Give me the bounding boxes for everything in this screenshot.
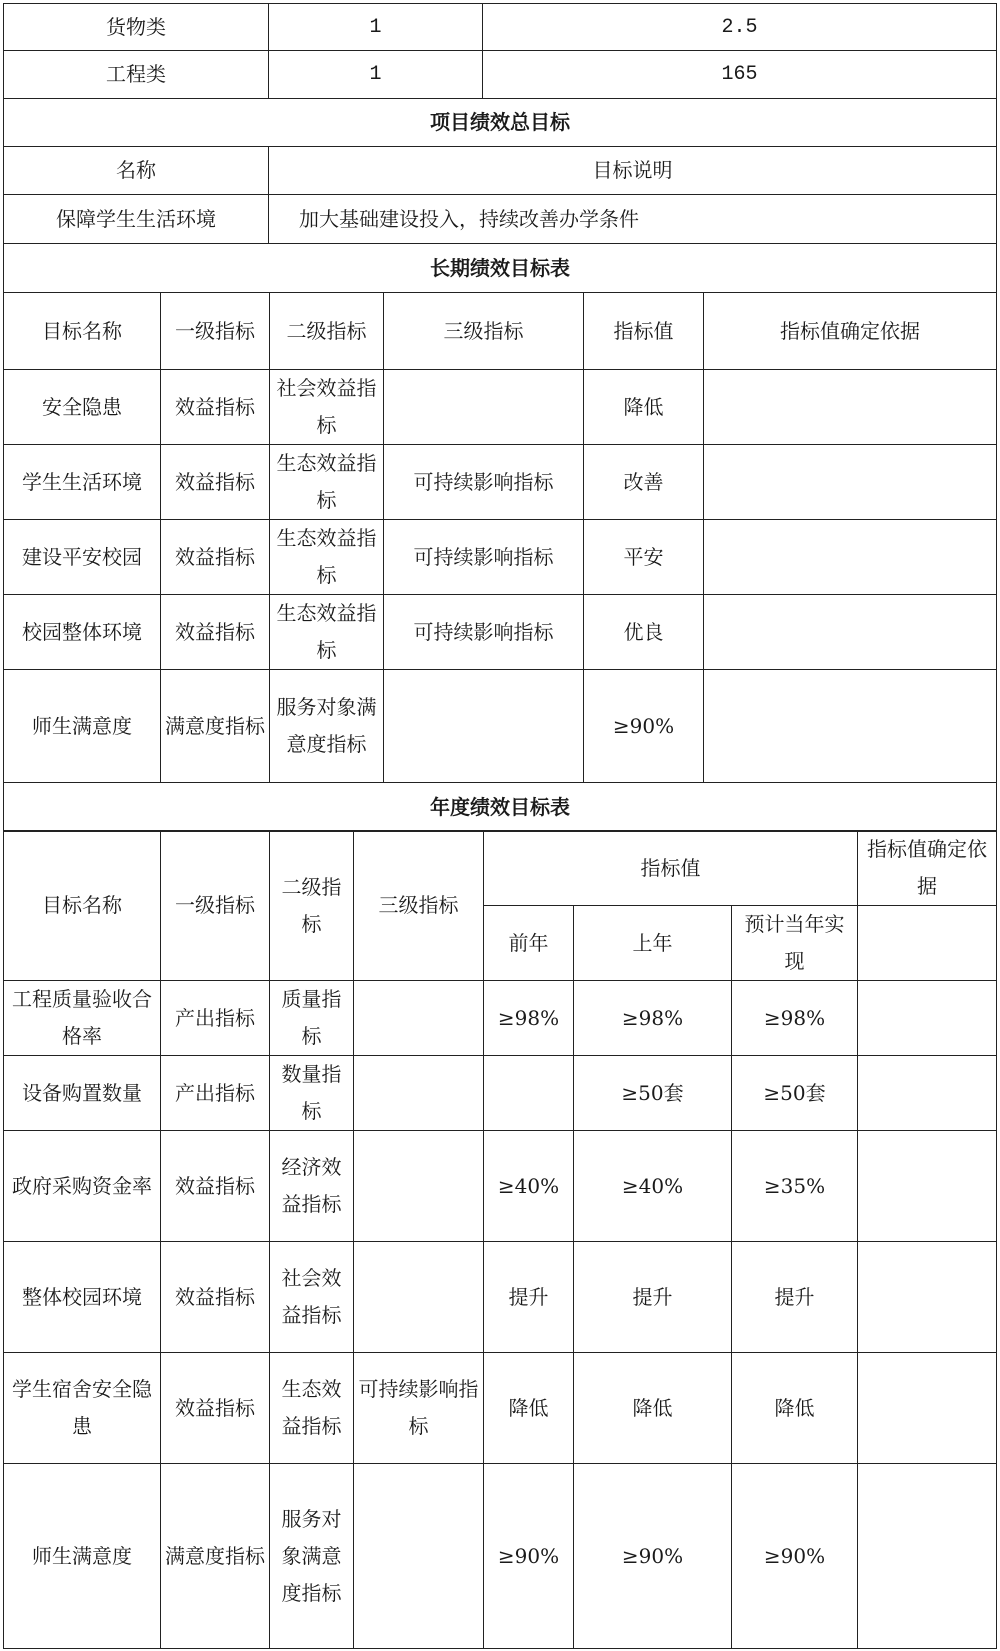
level2-cell: 质量指标 xyxy=(270,981,354,1056)
level3-cell xyxy=(354,981,484,1056)
table-row: 设备购置数量 产出指标 数量指标 ≥50套 ≥50套 xyxy=(4,1056,997,1131)
level3-cell: 可持续影响指标 xyxy=(354,1353,484,1464)
level3-cell: 可持续影响指标 xyxy=(384,445,584,520)
level1-cell: 效益指标 xyxy=(161,595,270,670)
value-cell: 改善 xyxy=(584,445,704,520)
header-goal-name: 目标名称 xyxy=(4,293,161,370)
goal-name-cell: 校园整体环境 xyxy=(4,595,161,670)
basis-cell xyxy=(858,1464,997,1649)
basis-cell xyxy=(858,1056,997,1131)
table-row: 安全隐患 效益指标 社会效益指标 降低 xyxy=(4,370,997,445)
level2-cell: 生态效益指标 xyxy=(270,1353,354,1464)
level3-cell xyxy=(384,670,584,783)
level2-cell: 数量指标 xyxy=(270,1056,354,1131)
prev1-cell: ≥40% xyxy=(574,1131,732,1242)
basis-cell xyxy=(858,1131,997,1242)
procurement-table: 货物类 1 2.5 工程类 1 165 项目绩效总目标 名称 目标说明 保障学生… xyxy=(3,3,997,293)
level1-cell: 效益指标 xyxy=(161,1131,270,1242)
level2-cell: 生态效益指标 xyxy=(270,520,384,595)
prev2-cell: ≥40% xyxy=(484,1131,574,1242)
prev2-cell xyxy=(484,1056,574,1131)
table-row: 保障学生生活环境 加大基础建设投入，持续改善办学条件 xyxy=(4,195,997,244)
current-cell: ≥98% xyxy=(732,981,858,1056)
header-basis: 指标值确定依据 xyxy=(858,831,997,906)
prev2-cell: ≥98% xyxy=(484,981,574,1056)
level1-cell: 效益指标 xyxy=(161,445,270,520)
count-cell: 1 xyxy=(269,51,483,99)
amount-cell: 2.5 xyxy=(483,4,997,51)
level2-cell: 社会效益指标 xyxy=(270,1242,354,1353)
header-current: 预计当年实现 xyxy=(732,906,858,981)
level2-cell: 社会效益指标 xyxy=(270,370,384,445)
level1-cell: 产出指标 xyxy=(161,1056,270,1131)
header-value: 指标值 xyxy=(484,831,858,906)
goal-name-cell: 师生满意度 xyxy=(4,670,161,783)
level2-cell: 生态效益指标 xyxy=(270,445,384,520)
header-row: 目标名称 一级指标 二级指标 三级指标 指标值 指标值确定依据 xyxy=(4,293,997,370)
current-cell: 降低 xyxy=(732,1353,858,1464)
table-row: 学生宿舍安全隐患 效益指标 生态效益指标 可持续影响指标 降低 降低 降低 xyxy=(4,1353,997,1464)
level2-cell: 生态效益指标 xyxy=(270,595,384,670)
prev1-cell: 降低 xyxy=(574,1353,732,1464)
header-row: 目标名称 一级指标 二级指标 三级指标 指标值 指标值确定依据 xyxy=(4,831,997,906)
value-cell: 平安 xyxy=(584,520,704,595)
header-level2: 二级指标 xyxy=(270,293,384,370)
value-cell: ≥90% xyxy=(584,670,704,783)
long-term-table: 目标名称 一级指标 二级指标 三级指标 指标值 指标值确定依据 安全隐患 效益指… xyxy=(3,292,997,832)
goal-name-cell: 学生宿舍安全隐患 xyxy=(4,1353,161,1464)
level3-cell: 可持续影响指标 xyxy=(384,595,584,670)
header-level3: 三级指标 xyxy=(384,293,584,370)
level1-cell: 满意度指标 xyxy=(161,1464,270,1649)
prev1-cell: ≥98% xyxy=(574,981,732,1056)
overall-goal-title: 项目绩效总目标 xyxy=(4,99,997,147)
header-basis-empty xyxy=(858,906,997,981)
table-row: 师生满意度 满意度指标 服务对象满意度指标 ≥90% ≥90% ≥90% xyxy=(4,1464,997,1649)
header-level3: 三级指标 xyxy=(354,831,484,981)
basis-cell xyxy=(858,981,997,1056)
level3-cell xyxy=(384,370,584,445)
basis-cell xyxy=(704,445,997,520)
current-cell: 提升 xyxy=(732,1242,858,1353)
header-goal-name: 目标名称 xyxy=(4,831,161,981)
header-value: 指标值 xyxy=(584,293,704,370)
annual-title: 年度绩效目标表 xyxy=(4,783,997,832)
table-row: 学生生活环境 效益指标 生态效益指标 可持续影响指标 改善 xyxy=(4,445,997,520)
level3-cell xyxy=(354,1056,484,1131)
basis-cell xyxy=(704,595,997,670)
basis-cell xyxy=(704,670,997,783)
header-prev1: 上年 xyxy=(574,906,732,981)
level1-cell: 效益指标 xyxy=(161,520,270,595)
goal-name-cell: 整体校园环境 xyxy=(4,1242,161,1353)
table-row: 建设平安校园 效益指标 生态效益指标 可持续影响指标 平安 xyxy=(4,520,997,595)
level2-cell: 服务对象满意度指标 xyxy=(270,670,384,783)
prev2-cell: ≥90% xyxy=(484,1464,574,1649)
level2-cell: 经济效益指标 xyxy=(270,1131,354,1242)
annual-table: 目标名称 一级指标 二级指标 三级指标 指标值 指标值确定依据 前年 上年 预计… xyxy=(3,830,997,1649)
prev2-cell: 提升 xyxy=(484,1242,574,1353)
level3-cell xyxy=(354,1464,484,1649)
table-row: 工程质量验收合格率 产出指标 质量指标 ≥98% ≥98% ≥98% xyxy=(4,981,997,1056)
goal-name-cell: 保障学生生活环境 xyxy=(4,195,269,244)
goal-name-cell: 师生满意度 xyxy=(4,1464,161,1649)
amount-cell: 165 xyxy=(483,51,997,99)
value-cell: 优良 xyxy=(584,595,704,670)
goal-name-cell: 工程质量验收合格率 xyxy=(4,981,161,1056)
table-row: 校园整体环境 效益指标 生态效益指标 可持续影响指标 优良 xyxy=(4,595,997,670)
basis-cell xyxy=(704,370,997,445)
level1-cell: 效益指标 xyxy=(161,370,270,445)
goal-name-cell: 政府采购资金率 xyxy=(4,1131,161,1242)
basis-cell xyxy=(858,1242,997,1353)
goal-name-cell: 设备购置数量 xyxy=(4,1056,161,1131)
table-row: 工程类 1 165 xyxy=(4,51,997,99)
goal-name-cell: 建设平安校园 xyxy=(4,520,161,595)
prev1-cell: 提升 xyxy=(574,1242,732,1353)
level3-cell: 可持续影响指标 xyxy=(384,520,584,595)
header-level1: 一级指标 xyxy=(161,293,270,370)
category-cell: 工程类 xyxy=(4,51,269,99)
level1-cell: 效益指标 xyxy=(161,1242,270,1353)
level2-cell: 服务对象满意度指标 xyxy=(270,1464,354,1649)
table-row: 货物类 1 2.5 xyxy=(4,4,997,51)
header-prev2: 前年 xyxy=(484,906,574,981)
level3-cell xyxy=(354,1242,484,1353)
current-cell: ≥90% xyxy=(732,1464,858,1649)
level1-cell: 产出指标 xyxy=(161,981,270,1056)
name-header: 名称 xyxy=(4,147,269,195)
table-row: 师生满意度 满意度指标 服务对象满意度指标 ≥90% xyxy=(4,670,997,783)
goal-name-cell: 安全隐患 xyxy=(4,370,161,445)
table-row: 政府采购资金率 效益指标 经济效益指标 ≥40% ≥40% ≥35% xyxy=(4,1131,997,1242)
basis-cell xyxy=(704,520,997,595)
count-cell: 1 xyxy=(269,4,483,51)
level3-cell xyxy=(354,1131,484,1242)
header-level1: 一级指标 xyxy=(161,831,270,981)
current-cell: ≥35% xyxy=(732,1131,858,1242)
level1-cell: 满意度指标 xyxy=(161,670,270,783)
table-row: 整体校园环境 效益指标 社会效益指标 提升 提升 提升 xyxy=(4,1242,997,1353)
header-basis: 指标值确定依据 xyxy=(704,293,997,370)
goal-name-cell: 学生生活环境 xyxy=(4,445,161,520)
basis-cell xyxy=(858,1353,997,1464)
value-cell: 降低 xyxy=(584,370,704,445)
long-term-title: 长期绩效目标表 xyxy=(4,244,997,293)
level1-cell: 效益指标 xyxy=(161,1353,270,1464)
category-cell: 货物类 xyxy=(4,4,269,51)
prev2-cell: 降低 xyxy=(484,1353,574,1464)
current-cell: ≥50套 xyxy=(732,1056,858,1131)
goal-desc-cell: 加大基础建设投入，持续改善办学条件 xyxy=(269,195,997,244)
desc-header: 目标说明 xyxy=(269,147,997,195)
prev1-cell: ≥50套 xyxy=(574,1056,732,1131)
prev1-cell: ≥90% xyxy=(574,1464,732,1649)
header-level2: 二级指标 xyxy=(270,831,354,981)
